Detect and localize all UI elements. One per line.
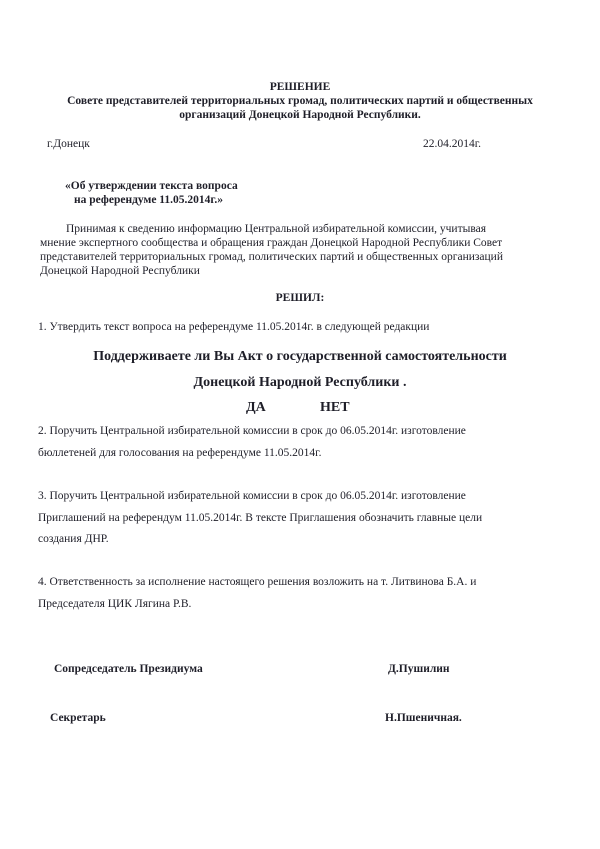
document-date: 22.04.2014г. (423, 137, 481, 151)
resolved-heading: РЕШИЛ: (0, 291, 600, 305)
document-subheading-line2: организаций Донецкой Народной Республики… (0, 108, 600, 122)
item-3-line3: создания ДНР. (38, 532, 109, 546)
document-heading: РЕШЕНИЕ (0, 80, 600, 94)
signature-role-1: Сопредседатель Президиума (54, 662, 203, 676)
item-4-line2: Председателя ЦИК Лягина Р.В. (38, 597, 191, 611)
signature-role-2: Секретарь (50, 711, 106, 725)
document-subject-line2: на референдуме 11.05.2014г.» (74, 193, 223, 207)
document-city: г.Донецк (47, 137, 90, 151)
item-3-line2: Приглашений на референдум 11.05.2014г. В… (38, 511, 482, 525)
item-1: 1. Утвердить текст вопроса на референдум… (38, 320, 429, 334)
preamble-line2: мнение экспертного сообщества и обращени… (40, 236, 502, 250)
document-subheading-line1: Совете представителей территориальных гр… (0, 94, 600, 108)
item-4-line1: 4. Ответственность за исполнение настоящ… (38, 575, 476, 589)
item-3-line1: 3. Поручить Центральной избирательной ко… (38, 489, 466, 503)
item-2-line2: бюллетеней для голосования на референдум… (38, 446, 321, 460)
signature-name-2: Н.Пшеничная. (385, 711, 462, 725)
answer-yes: ДА (246, 401, 266, 415)
answer-no: НЕТ (320, 401, 350, 415)
preamble-line3: представителей территориальных громад, п… (40, 250, 503, 264)
item-2-line1: 2. Поручить Центральной избирательной ко… (38, 424, 466, 438)
document-subject-line1: «Об утверждении текста вопроса (65, 179, 238, 193)
preamble-line4: Донецкой Народной Республики (40, 264, 200, 278)
preamble-line1: Принимая к сведению информацию Центральн… (66, 222, 486, 236)
referendum-question-line2: Донецкой Народной Республики . (0, 376, 600, 390)
signature-name-1: Д.Пушилин (388, 662, 450, 676)
referendum-question-line1: Поддерживаете ли Вы Акт о государственно… (0, 350, 600, 364)
